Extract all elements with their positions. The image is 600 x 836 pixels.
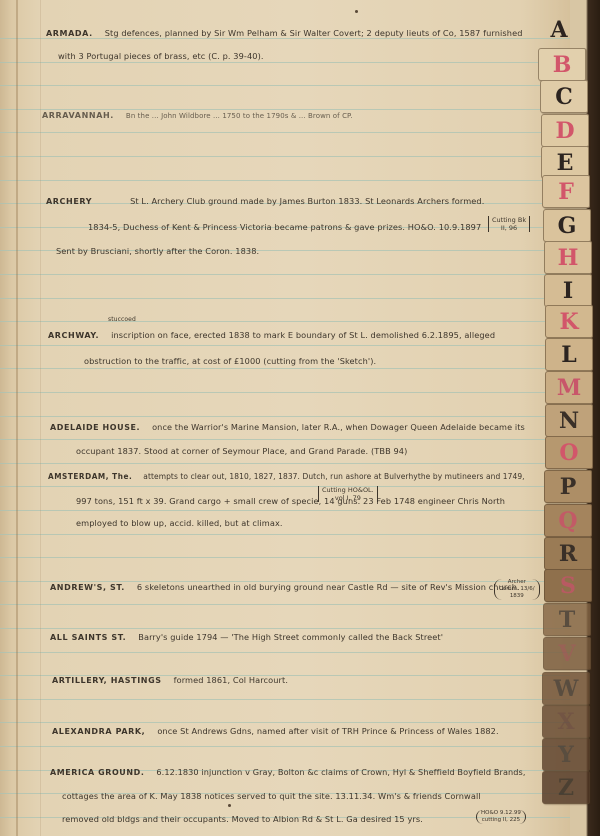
index-tab-c[interactable]: C	[540, 80, 588, 113]
page-margin	[40, 0, 41, 836]
index-tab-y[interactable]: Y	[542, 738, 590, 771]
ruling-line	[0, 85, 570, 86]
ruling-line	[0, 699, 570, 700]
index-tab-r[interactable]: R	[544, 537, 592, 570]
index-tab-letter: D	[555, 118, 574, 144]
entry-archery-line-3: Sent by Brusciani, shortly after the Cor…	[56, 246, 259, 256]
index-tab-letter: M	[557, 375, 581, 401]
entry-armada-line-1: ARMADA.Stg defences, planned by Sir Wm P…	[46, 28, 523, 38]
ruling-line	[0, 746, 570, 747]
ruling-line	[0, 652, 570, 653]
entry-andrews-st: ANDREW'S, ST.6 skeletons unearthed in ol…	[50, 582, 520, 592]
entry-america-ground-line-3: removed old bldgs and their occupants. M…	[62, 814, 423, 824]
entry-amsterdam-line-2: 997 tons, 151 ft x 39. Grand cargo + sma…	[76, 496, 505, 506]
index-tab-g[interactable]: G	[543, 209, 591, 242]
ruling-line	[0, 439, 570, 440]
index-tab-letter: B	[553, 52, 572, 78]
index-tab-d[interactable]: D	[541, 114, 589, 147]
index-tab-letter: G	[558, 213, 577, 239]
index-tab-letter: H	[558, 245, 579, 271]
index-tab-h[interactable]: H	[544, 241, 592, 274]
entry-archway-line-1: ARCHWAY.inscription on face, erected 183…	[48, 330, 495, 340]
index-tab-letter: F	[558, 179, 574, 205]
index-tab-v[interactable]: V	[543, 637, 591, 670]
index-tab-letter: R	[559, 541, 577, 567]
ruling-line	[0, 416, 570, 417]
index-tab-letter: V	[558, 641, 575, 667]
index-tab-i[interactable]: I	[544, 274, 592, 307]
ruling-line	[0, 274, 570, 275]
ruling-line	[0, 345, 570, 346]
ruling-line	[0, 109, 570, 110]
index-tab-letter: S	[560, 573, 576, 599]
ruling-line	[0, 132, 570, 133]
index-tab-k[interactable]: K	[545, 305, 593, 338]
index-tab-s[interactable]: S	[544, 569, 592, 602]
entry-amsterdam-line-1: AMSTERDAM, The.attempts to clear out, 18…	[48, 471, 525, 481]
entry-america-ground-line-2: cottages the area of K. May 1838 notices…	[62, 791, 481, 801]
entry-archery-line-2: 1834-5, Duchess of Kent & Princess Victo…	[88, 222, 481, 232]
amsterdam-cutting-reference: Cutting HO&OL.vol I, 79	[318, 486, 378, 502]
ruling-line	[0, 298, 570, 299]
entry-archery-line-1: ARCHERYSt L. Archery Club ground made by…	[46, 196, 484, 206]
index-tab-f[interactable]: F	[542, 175, 590, 208]
ruling-line	[0, 510, 570, 511]
entry-alexandra-park: ALEXANDRA PARK,once St Andrews Gdns, nam…	[52, 726, 499, 736]
ledger-page: ARMADA.Stg defences, planned by Sir Wm P…	[0, 0, 570, 836]
index-tab-n[interactable]: N	[545, 404, 593, 437]
index-tab-letter: O	[559, 440, 578, 466]
index-tab-letter: W	[554, 676, 579, 702]
index-tab-x[interactable]: X	[542, 705, 590, 738]
archway-superscript: stuccoed	[108, 316, 136, 323]
ruling-line	[0, 180, 570, 181]
index-tab-letter: Y	[558, 742, 574, 768]
entry-adelaide-house-line-2: occupant 1837. Stood at corner of Seymou…	[76, 446, 407, 456]
entry-archway-line-2: obstruction to the traffic, at cost of £…	[84, 356, 376, 366]
index-tab-m[interactable]: M	[545, 371, 593, 404]
ruling-line	[0, 463, 570, 464]
index-tab-letter: C	[555, 84, 573, 110]
archery-cutting-reference: Cutting BkII, 96	[488, 216, 530, 232]
entry-amsterdam-line-3: employed to blow up, accid. killed, but …	[76, 518, 283, 528]
index-tab-l[interactable]: L	[545, 338, 593, 371]
ruling-line	[0, 368, 570, 369]
ruling-line	[0, 486, 570, 487]
index-tab-letter: Z	[558, 775, 574, 801]
ruling-line	[0, 392, 570, 393]
index-tab-a[interactable]: A	[536, 14, 582, 45]
ruling-line	[0, 321, 570, 322]
index-tab-w[interactable]: W	[542, 672, 590, 705]
america-ground-cutting-reference: HO&O 9.12.99cutting II, 225	[476, 810, 526, 824]
index-tab-t[interactable]: T	[543, 603, 591, 636]
ruling-line	[0, 156, 570, 157]
index-tab-letter: X	[557, 709, 574, 735]
index-tab-letter: Q	[558, 508, 577, 534]
ruling-line	[0, 604, 570, 605]
index-tab-z[interactable]: Z	[542, 771, 590, 804]
entry-all-saints-st: ALL SAINTS ST.Barry's guide 1794 — 'The …	[50, 632, 443, 642]
ruling-line	[0, 62, 570, 63]
alphabet-index-tabs: ABCDEFGHIKLMNOPQRSTVWXYZ	[530, 0, 600, 836]
ink-speck	[228, 804, 231, 807]
entry-america-ground-line-1: AMERICA GROUND.6.12.1830 injunction v Gr…	[50, 767, 526, 777]
entry-armada-line-2: with 3 Portugal pieces of brass, etc (C.…	[58, 51, 264, 61]
index-tab-q[interactable]: Q	[544, 504, 592, 537]
index-tab-b[interactable]: B	[538, 48, 586, 81]
ruling-line	[0, 534, 570, 535]
index-tab-letter: L	[561, 342, 576, 368]
index-tab-letter: I	[563, 278, 573, 304]
index-tab-letter: P	[560, 474, 577, 500]
page-fold	[16, 0, 18, 836]
index-tab-letter: E	[557, 150, 574, 176]
index-tab-letter: A	[550, 17, 567, 43]
ink-speck	[355, 10, 358, 13]
ruling-line	[0, 628, 570, 629]
ruling-line	[0, 38, 570, 39]
ruling-line	[0, 722, 570, 723]
index-tab-letter: N	[559, 408, 579, 434]
index-tab-o[interactable]: O	[545, 436, 593, 469]
index-tab-letter: T	[559, 607, 575, 633]
ruling-line	[0, 557, 570, 558]
index-tab-letter: K	[559, 309, 578, 335]
entry-artillery-hastings: ARTILLERY, HASTINGSformed 1861, Col Harc…	[52, 675, 288, 685]
index-tab-p[interactable]: P	[544, 470, 592, 503]
entry-adelaide-house-line-1: ADELAIDE HOUSE.once the Warrior's Marine…	[50, 422, 525, 432]
entry-arravannah: ARRAVANNAH.Bn the ... John Wildbore ... …	[42, 111, 353, 120]
